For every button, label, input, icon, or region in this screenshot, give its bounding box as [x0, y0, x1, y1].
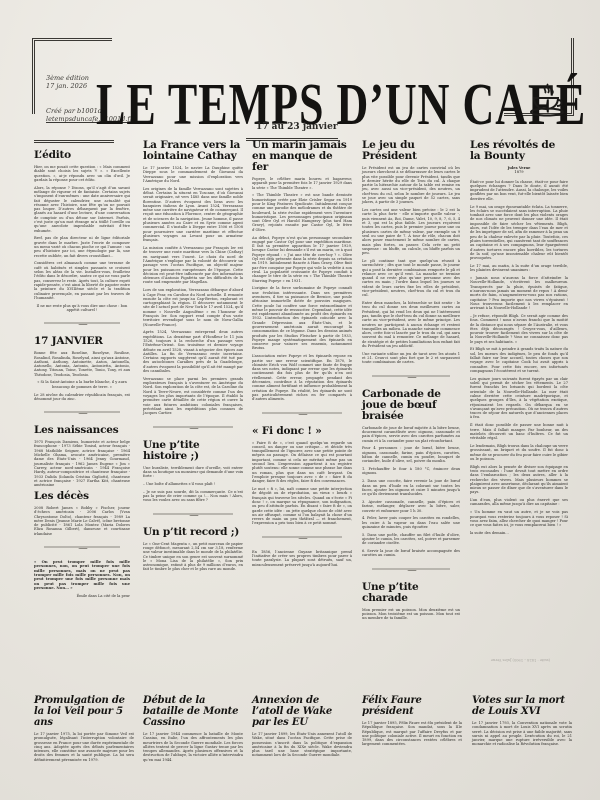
- popeye-paragraph: « The Thimble Theatre » est une bande de…: [252, 193, 352, 232]
- edito-paragraph: Bref, pas de plan directeur ni de ligne …: [34, 236, 130, 257]
- edito-article: L’édito Hier, on me posait cette questio…: [34, 150, 130, 312]
- event-text: Le 17 janvier 1793, la Convention nation…: [472, 721, 572, 747]
- popeye-article: Un marin jamais en manque de fer Popeye,…: [252, 140, 352, 402]
- president-article: Le jeu du Président Le Président est un …: [362, 140, 460, 365]
- charade-text: Mon premier est un poisson. Mon deuxième…: [362, 608, 460, 621]
- cathay-paragraph: Lors de son exploration, Verrazzano déba…: [143, 288, 243, 327]
- event-text: Le 17 janvier 1895, Félix Faure est élu …: [362, 721, 462, 747]
- divider: [262, 410, 342, 416]
- bounty-paragraph: Et Bligh se mit à peindre à grands trait…: [470, 347, 568, 373]
- edito-title: L’édito: [34, 150, 130, 161]
- newspaper-title: LE TEMPS D’UN CAFÉ: [96, 70, 586, 139]
- quote-source: Émile dans La cité de la peur: [34, 594, 130, 598]
- column-2: La France vers la lointaine Cathay Le 17…: [143, 140, 243, 575]
- bounty-article: Les révoltés de la Bounty Jules Verne 18…: [470, 140, 568, 535]
- event-text: Le 17 janvier 1944 commence la bataille …: [143, 732, 243, 762]
- divider: [153, 511, 233, 517]
- recipe-step: 4. Peler, laver puis couper les carottes…: [362, 516, 460, 529]
- event-text: Le 17 janvier 1975, la loi portée par Si…: [34, 732, 134, 762]
- cathay-paragraph: Le 17 janvier 1524, le navire La Dauphin…: [143, 166, 243, 183]
- edition-date: 17 jan. 2026: [46, 82, 89, 90]
- expression-title: « Fi donc ! »: [252, 426, 352, 437]
- event-title: Annexion de l’atoll de Wake par les EU: [252, 695, 352, 728]
- bounty-paragraph: « Un homme en vaut un autre, et je ne vo…: [470, 510, 568, 527]
- proverb: « Si la Saint-Antoine a la barbe blanche…: [34, 380, 130, 389]
- recipe-step: 2. Dans une cocotte, faire revenir la jo…: [362, 479, 460, 496]
- event-article: Promulgation de la loi Veil pour 5 ans L…: [34, 695, 134, 766]
- edito-paragraph: Considérez cet almanach comme une terras…: [34, 261, 130, 300]
- bounty-byline: Jules Verne 1879: [470, 166, 568, 175]
- popeye-paragraph: L’origine de la force surhumaine de Pope…: [252, 286, 352, 350]
- expression-article: « Fi donc ! » « Faire fi de », c’est qua…: [252, 426, 352, 526]
- recipe-step: 6. Servir la joue de bœuf braisée accomp…: [362, 549, 460, 558]
- president-title: Le jeu du Président: [362, 140, 460, 162]
- event-title: Début de la bataille de Monte Cassino: [143, 695, 243, 728]
- record-article: Un p’tit record ;) Le « One-Cent Magenta…: [143, 527, 243, 572]
- story-paragraph: Une buraliste, terriblement dure d’oreil…: [143, 466, 243, 479]
- bounty-paragraph: – Je refuse, répondit Bligh. Ce serait a…: [470, 314, 568, 344]
- day-title: 17 JANVIER: [34, 336, 130, 347]
- charade-title: Une p’tite charade: [362, 582, 460, 604]
- edito-signoff: Il ne me reste plus qu’à vous dire une c…: [34, 304, 130, 313]
- bounty-continued: la suite des demain…: [470, 531, 568, 535]
- recipe-ingredients: Pour 4 personnes : joue de bœuf, bière b…: [362, 446, 460, 463]
- recipe-step: 1. Préchauffer le four à 180 °C, émincer…: [362, 467, 460, 476]
- cathay-title: La France vers la lointaine Cathay: [143, 140, 243, 162]
- event-article: Félix Faure président Le 17 janvier 1895…: [362, 695, 462, 750]
- popeye-title: Un marin jamais en manque de fer: [252, 140, 352, 173]
- recipe-step: 3. Ajouter cassonade, cannelle, pain d’é…: [362, 500, 460, 513]
- divider: [262, 534, 342, 540]
- deaths-article: Les décès 2008 Robert James « Bobby » Fi…: [34, 491, 130, 536]
- event-article: Votes sur la mort de Louis XVI Le 17 jan…: [472, 695, 572, 750]
- story-title: Une p’tite histoire ;): [143, 440, 243, 462]
- faded-note: (suite · 1828 – 1905) Jules Verne: [470, 658, 550, 662]
- edition-info: 3ème édition 17 jan. 2026: [46, 74, 89, 90]
- divider: [153, 424, 233, 430]
- edito-paragraph: Alors, la réponse ? Disons, qu’il s’agit…: [34, 186, 130, 233]
- story-paragraph: – Une boîte d’allumettes s’il vous plaît…: [143, 482, 243, 486]
- expression-paragraph: Le mot « fi », lui, naît comme une petit…: [252, 487, 352, 526]
- president-paragraph: Les cartes ont une valeur bien précise :…: [362, 208, 460, 255]
- cathay-paragraph: Les origines de la famille Verrazzano so…: [143, 187, 243, 243]
- cathay-paragraph: La mission confiée à Verrazzano par Fran…: [143, 246, 243, 285]
- edito-paragraph: Hier, on me posait cette question : « Ma…: [34, 165, 130, 182]
- cathay-paragraph: Après 1524, Verrazzano entreprend deux a…: [143, 330, 243, 373]
- event-text: Le 17 janvier 1899, les États-Unis annex…: [252, 732, 352, 758]
- quote-text: « On peut tromper mille fois mille perso…: [34, 560, 130, 590]
- popeye-paragraph: Au début, Popeye n’est qu’un personnage …: [252, 236, 352, 283]
- record-title: Un p’tit record ;): [143, 527, 243, 538]
- event-article: Annexion de l’atoll de Wake par les EU L…: [252, 695, 352, 761]
- president-paragraph: Le pli continue tant que quelqu’un réuss…: [362, 259, 460, 298]
- bounty-paragraph: Le 17 mai, au matin, à la suite d’un ora…: [470, 264, 568, 273]
- saints-day: Bonne fête aux Roseline, Roselyne, Rosil…: [34, 351, 130, 377]
- event-article: Début de la bataille de Monte Cassino Le…: [143, 695, 243, 766]
- newspaper-page: 3ème édition 17 jan. 2026 Créé par b1001…: [0, 0, 600, 800]
- edition-number: 3ème édition: [46, 74, 89, 82]
- stamp-footnote: En 1856, l’ancienne Guyane britannique p…: [252, 550, 352, 567]
- divider: [372, 566, 450, 572]
- column-1: L’édito Hier, on me posait cette questio…: [34, 140, 130, 601]
- popeye-paragraph: L’association entre Popeye et les épinar…: [252, 354, 352, 401]
- masthead: 3ème édition 17 jan. 2026 Créé par b1001…: [28, 32, 588, 112]
- issue-dates: 17 au 23 janvier: [256, 122, 338, 132]
- deaths-title: Les décès: [34, 491, 130, 502]
- quote-article: « On peut tromper mille fois mille perso…: [34, 560, 130, 598]
- cathay-paragraph: Verrazzano se place parmi les premiers g…: [143, 377, 243, 416]
- divider: [44, 320, 121, 326]
- bounty-paragraph: L’un d’eux, plus violent ou plus énervé …: [470, 498, 568, 507]
- recipe-article: Carbonade de joue de bœuf braisée Carbon…: [362, 389, 460, 558]
- ornament: [34, 140, 114, 146]
- recipe-title: Carbonade de joue de bœuf braisée: [362, 389, 460, 422]
- column-4: Le jeu du Président Le Président est un …: [362, 140, 460, 624]
- bounty-paragraph: « Jamais nous n’aurons la force d’attein…: [470, 276, 568, 310]
- president-paragraph: Une variante utilise un jeu de tarot ave…: [362, 352, 460, 365]
- record-text: Le « One-Cent Magenta », un petit morcea…: [143, 542, 243, 572]
- cathay-article: La France vers la lointaine Cathay Le 17…: [143, 140, 243, 416]
- bounty-paragraph: Les quinze jours suivants furent égayés …: [470, 377, 568, 420]
- story-paragraph: – Je ne suis pas sourde, dit la commerça…: [143, 490, 243, 503]
- bounty-title: Les révoltés de la Bounty: [470, 140, 568, 162]
- column-5: Les révoltés de la Bounty Jules Verne 18…: [470, 140, 568, 539]
- births-article: Les naissances 1975 François Damiens, hu…: [34, 425, 130, 487]
- bounty-paragraph: Était-ce pour lui donner la chasse, étai…: [470, 180, 568, 201]
- bounty-paragraph: Le 9 mai, un orage épouvantable éclata. …: [470, 205, 568, 261]
- recipe-intro: Carbonade de joue de bœuf mijotée à la b…: [362, 426, 460, 443]
- president-paragraph: Entre deux manches, la hiérarchie se fai…: [362, 301, 460, 348]
- column-3: Un marin jamais en manque de fer Popeye,…: [252, 140, 352, 570]
- deaths-list: 2008 Robert James « Bobby » Fischer, jou…: [34, 506, 130, 536]
- bounty-year: 1879: [514, 170, 523, 174]
- coffee-cup-icon: [528, 80, 568, 120]
- president-paragraph: Le Président est un jeu de cartes conviv…: [362, 166, 460, 205]
- event-title: Votes sur la mort de Louis XVI: [472, 695, 572, 717]
- bounty-paragraph: Il était donc possible de passer une bon…: [470, 423, 568, 440]
- expression-paragraph: « Faire fi de », c’est quand quelqu’un r…: [252, 441, 352, 484]
- day-article: 17 JANVIER Bonne fête aux Roseline, Rose…: [34, 336, 130, 401]
- bounty-paragraph: Bligh eut alors la pensée de diviser son…: [470, 465, 568, 495]
- republican-calendar: Le 28 nivôse du calendrier républicain f…: [34, 393, 130, 402]
- popeye-paragraph: Popeye, le célèbre marin bourru et bagar…: [252, 177, 352, 190]
- births-list: 1975 François Damiens, humoriste et acte…: [34, 440, 130, 487]
- story-article: Une p’tite histoire ;) Une buraliste, te…: [143, 440, 243, 503]
- divider: [372, 373, 450, 379]
- charade-article: Une p’tite charade Mon premier est un po…: [362, 582, 460, 621]
- births-title: Les naissances: [34, 425, 130, 436]
- event-title: Promulgation de la loi Veil pour 5 ans: [34, 695, 134, 728]
- recipe-step: 5. Dans une poêle, chauffer un filet d’h…: [362, 533, 460, 546]
- event-title: Félix Faure président: [362, 695, 462, 717]
- divider: [44, 544, 121, 550]
- bounty-paragraph: Le lendemain, Bligh trouva dans la chalo…: [470, 444, 568, 461]
- divider: [44, 409, 121, 415]
